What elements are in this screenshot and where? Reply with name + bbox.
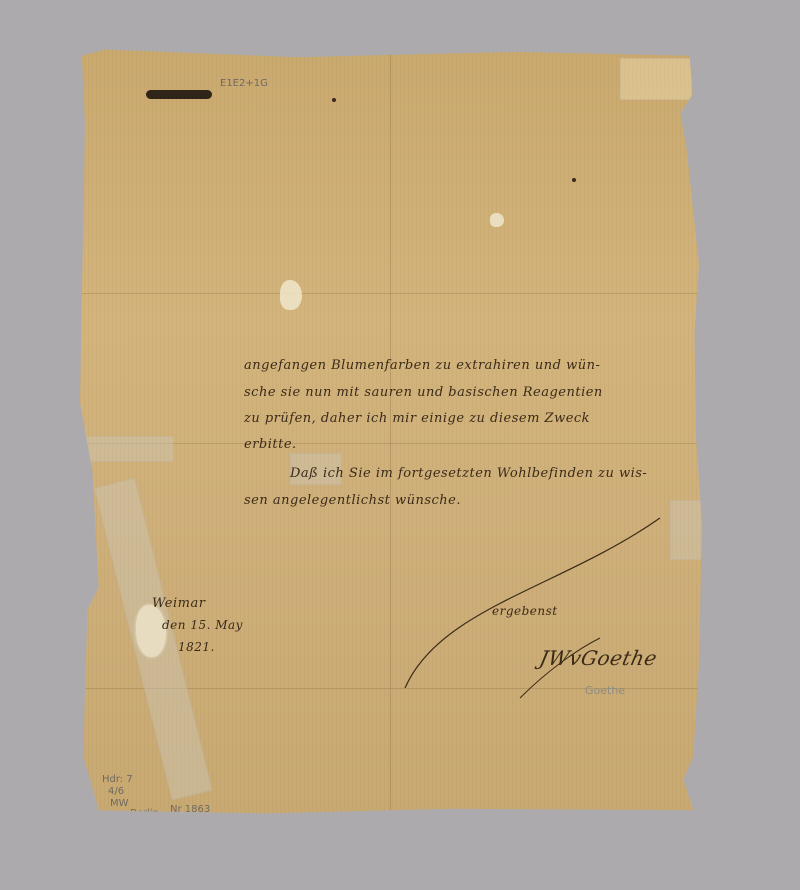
pen-flourish bbox=[80, 48, 702, 818]
archival-note-3: MW bbox=[110, 798, 129, 809]
archival-note-4: Berlin bbox=[130, 808, 159, 819]
signature: JWvGoethe bbox=[537, 646, 659, 670]
valediction: ergebenst bbox=[492, 604, 558, 618]
archival-note-1: Hdr: 7 bbox=[102, 774, 133, 785]
archival-note-5: Nr 1863 bbox=[170, 804, 210, 815]
archival-note-2: 4/6 bbox=[108, 786, 124, 797]
manuscript-paper: E1E2+1G angefangen Blumenfarben zu extra… bbox=[80, 48, 702, 818]
pencil-note-signature: Goethe bbox=[585, 684, 625, 697]
